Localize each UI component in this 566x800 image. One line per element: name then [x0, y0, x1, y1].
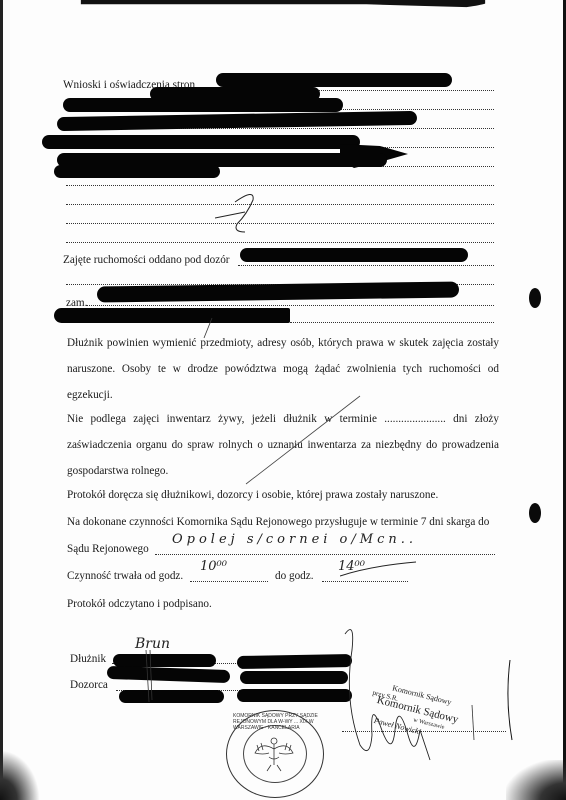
- scanned-page: Wnioski i oświadczenia stron Zajęte ruch…: [0, 0, 566, 800]
- stamp-ring-text: KOMORNIK SĄDOWY PRZY SĄDZIE REJONOWYM DL…: [233, 713, 319, 731]
- signature-scribbles: [0, 0, 566, 800]
- round-official-stamp: KOMORNIK SĄDOWY PRZY SĄDZIE REJONOWYM DL…: [226, 710, 324, 798]
- eagle-emblem-icon: [249, 731, 299, 775]
